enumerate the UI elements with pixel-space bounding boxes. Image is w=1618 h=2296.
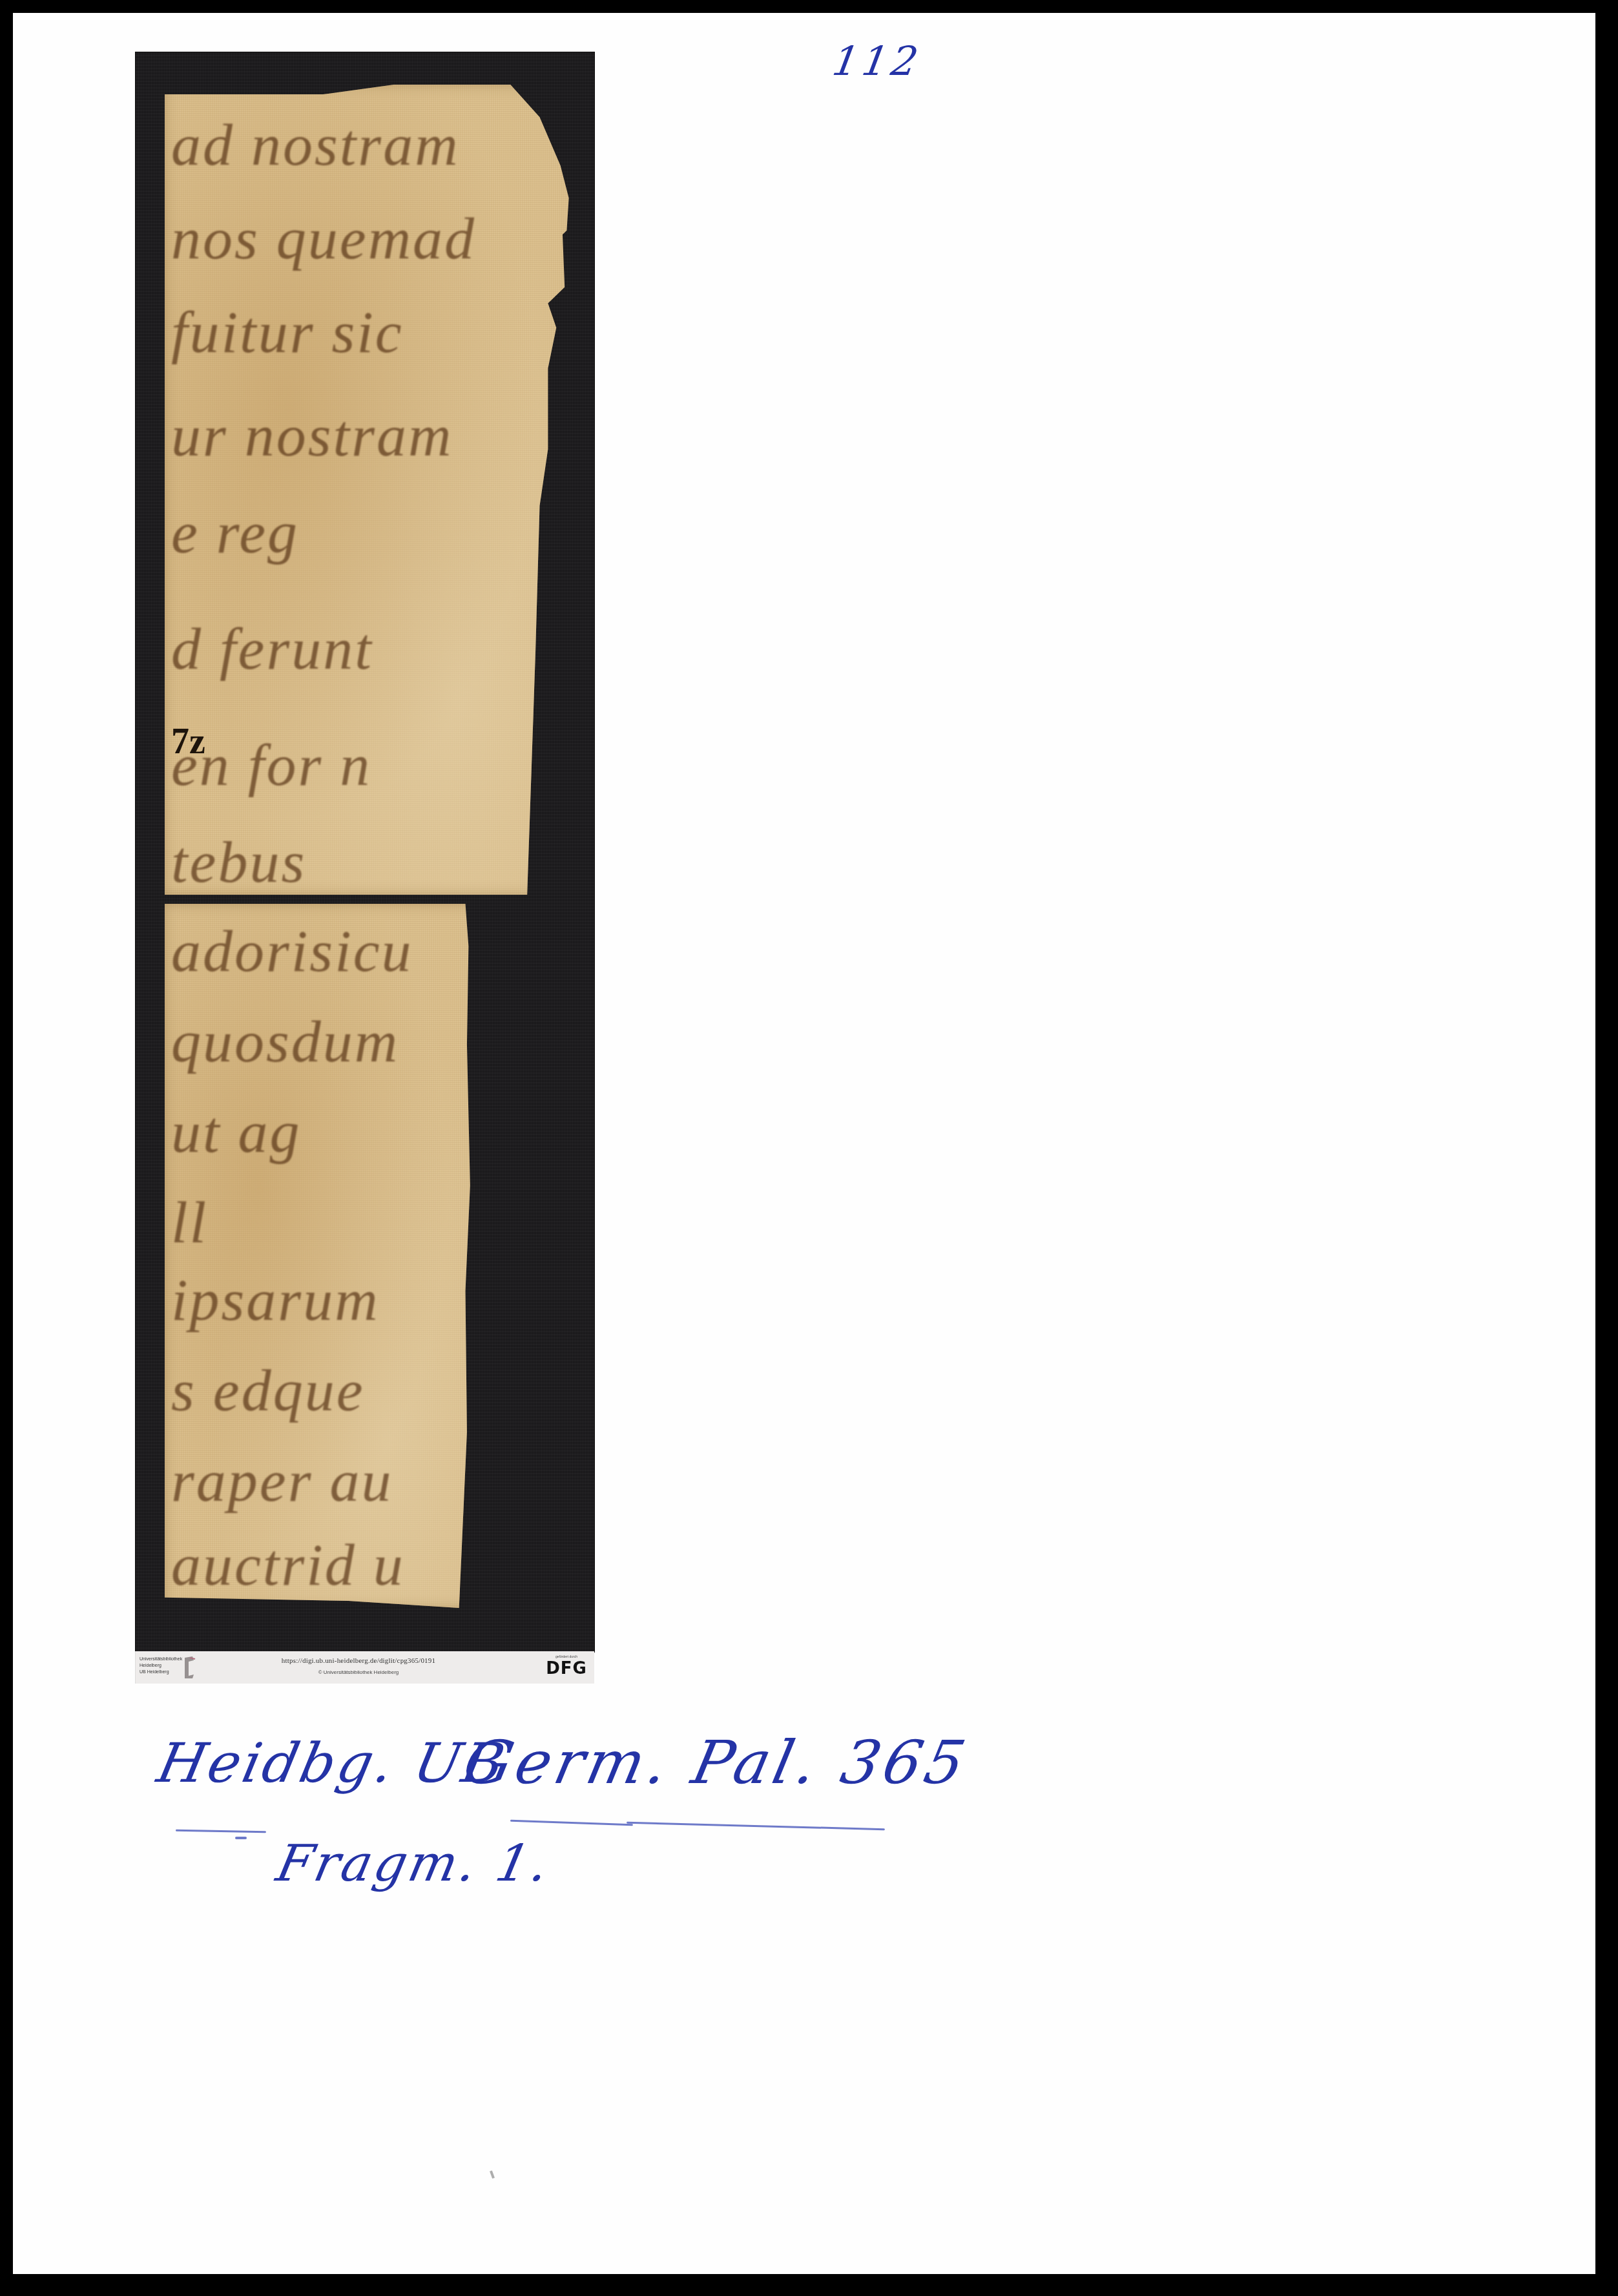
parchment-fragment-upper: ad nostram nos quemad fuitur sic ur nost…	[165, 85, 581, 895]
manuscript-line: s edque	[171, 1356, 364, 1425]
manuscript-line: ll	[171, 1188, 208, 1257]
library-logo: Universitätsbibliothek Heidelberg UB Hei…	[140, 1656, 177, 1676]
manuscript-line: e reg	[171, 498, 299, 567]
source-url: https://digi.ub.uni-heidelberg.de/diglit…	[223, 1657, 494, 1665]
manuscript-line: tebus	[171, 828, 306, 895]
underline-stroke	[176, 1830, 266, 1833]
manuscript-line: ipsarum	[171, 1266, 380, 1334]
shelfmark-stamp: 7z	[171, 721, 205, 762]
scan-credit-footer: Universitätsbibliothek Heidelberg UB Hei…	[135, 1651, 594, 1684]
stray-pen-mark	[490, 2171, 495, 2179]
manuscript-line: raper au	[171, 1446, 393, 1515]
manuscript-line: adorisicu	[171, 917, 413, 985]
manuscript-scan-image: ad nostram nos quemad fuitur sic ur nost…	[135, 52, 595, 1653]
handwritten-library-name: Heidbg. UB	[152, 1731, 513, 1795]
manuscript-line: quosdum	[171, 1007, 399, 1076]
manuscript-line: ad nostram	[171, 110, 460, 179]
library-emblem-icon	[182, 1655, 196, 1680]
manuscript-line: nos quemad	[171, 204, 476, 273]
underline-stroke	[510, 1820, 633, 1826]
folio-number-annotation: 112	[829, 37, 926, 85]
parchment-fragment-lower: adorisicu quosdum ut ag ll ipsarum s edq…	[165, 904, 481, 1608]
manuscript-line: ur nostram	[171, 401, 453, 470]
manuscript-line: d ferunt	[171, 614, 373, 683]
dfg-logo: gefördert durch DFG	[544, 1655, 589, 1678]
underline-stroke	[627, 1822, 885, 1830]
handwritten-shelfmark: Germ. Pal. 365	[458, 1728, 975, 1797]
manuscript-line: auctrid u	[171, 1530, 405, 1599]
wormhole-mark	[545, 471, 554, 481]
license-text: © Universitätsbibliothek Heidelberg	[223, 1669, 494, 1675]
handwritten-fragment-number: Fragm. 1.	[271, 1835, 556, 1893]
manuscript-line: fuitur sic	[171, 298, 404, 366]
scanned-page: 112 ad nostram nos quemad fuitur sic ur …	[13, 13, 1595, 2274]
manuscript-line: ut ag	[171, 1098, 302, 1166]
underline-stroke	[235, 1837, 247, 1839]
